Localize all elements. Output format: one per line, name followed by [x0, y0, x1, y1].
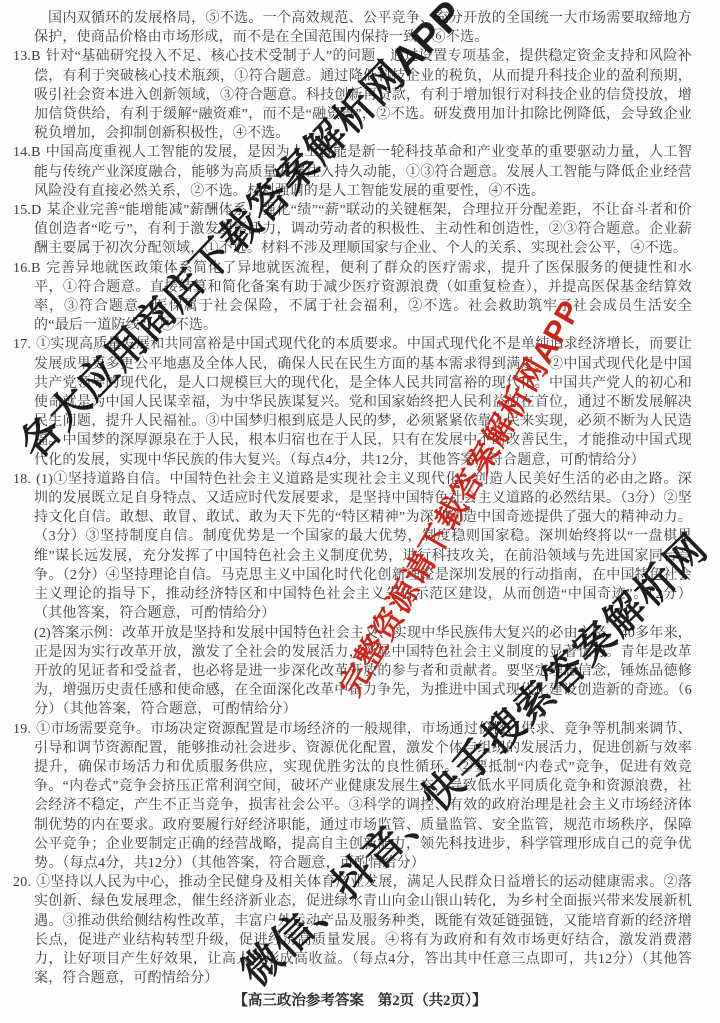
answer-item-19: 19.①市场需要竞争。市场决定资源配置是市场经济的一般规律，市场通过价格、供求、…	[34, 720, 692, 874]
answer-text: 完善异地就医政策体系简化了异地就医流程，便利了群众的医疗需求，提升了医保服务的便…	[34, 261, 692, 334]
answer-text: ①坚持以人民为中心，推动全民健身及相关体育产业发展，满足人民群众日益增长的运动健…	[34, 875, 692, 986]
answer-label: 20.	[13, 875, 36, 890]
footer-page-number: 第2页（共2页）】	[364, 993, 487, 1009]
answer-label: 14.B	[13, 145, 46, 160]
answer-text: 针对“基础研究投入不足、核心技术受制于人”的问题，通过设置专项基金，提供稳定资金…	[34, 49, 692, 141]
answer-item-13: 13.B针对“基础研究投入不足、核心技术受制于人”的问题，通过设置专项基金，提供…	[34, 47, 692, 143]
answer-sheet-page: 国内双循环的发展格局，⑤不选。一个高效规范、公平竞争、充分开放的全国统一大市场需…	[0, 0, 720, 1023]
answer-label: 16.B	[13, 261, 46, 276]
footer-title: 【高三政治参考答案	[233, 993, 364, 1009]
answer-item-20: 20.①坚持以人民为中心，推动全民健身及相关体育产业发展，满足人民群众日益增长的…	[34, 873, 692, 988]
carryover-paragraph: 国内双循环的发展格局，⑤不选。一个高效规范、公平竞争、充分开放的全国统一大市场需…	[34, 9, 692, 47]
answer-item-15: 15.D某企业完善“能增能减”薪酬体系，强化“绩”“薪”联动的关键框架，合理拉开…	[34, 201, 692, 259]
answer-text: (2)答案示例：改革开放是坚持和发展中国特色社会主义、实现中华民族伟大复兴的必由…	[34, 626, 692, 718]
answer-text: 中国高度重视人工智能的发展，是因为人工智能是新一轮科技革命和产业变革的重要驱动力…	[34, 145, 692, 198]
page-footer: 【高三政治参考答案第2页（共2页）】	[0, 989, 720, 1010]
answer-text: ①实现高质量发展和共同富裕是中国式现代化的本质要求。中国式现代化不是单纯追求经济…	[34, 337, 692, 467]
answers-text-block: 国内双循环的发展格局，⑤不选。一个高效规范、公平竞争、充分开放的全国统一大市场需…	[34, 9, 692, 988]
answer-item-17: 17.①实现高质量发展和共同富裕是中国式现代化的本质要求。中国式现代化不是单纯追…	[34, 335, 692, 469]
answer-label: 18.	[13, 472, 36, 487]
answer-item-18-part1: 18.(1)①坚持道路自信。中国特色社会主义道路是实现社会主义现代化、创造人民美…	[34, 470, 692, 624]
answer-text: 某企业完善“能增能减”薪酬体系，强化“绩”“薪”联动的关键框架，合理拉开分配差距…	[34, 203, 692, 256]
answer-text: ①市场需要竞争。市场决定资源配置是市场经济的一般规律，市场通过价格、供求、竞争等…	[34, 722, 692, 871]
answer-label: 19.	[13, 722, 36, 737]
answer-item-18-part2: (2)答案示例：改革开放是坚持和发展中国特色社会主义、实现中华民族伟大复兴的必由…	[34, 624, 692, 720]
answer-item-14: 14.B中国高度重视人工智能的发展，是因为人工智能是新一轮科技革命和产业变革的重…	[34, 143, 692, 201]
answer-label: 17.	[13, 337, 36, 352]
answer-text: (1)①坚持道路自信。中国特色社会主义道路是实现社会主义现代化、创造人民美好生活…	[34, 472, 692, 621]
answer-item-16: 16.B完善异地就医政策体系简化了异地就医流程，便利了群众的医疗需求，提升了医保…	[34, 259, 692, 336]
answer-label: 15.D	[13, 203, 46, 218]
answer-label: 13.B	[13, 49, 46, 64]
